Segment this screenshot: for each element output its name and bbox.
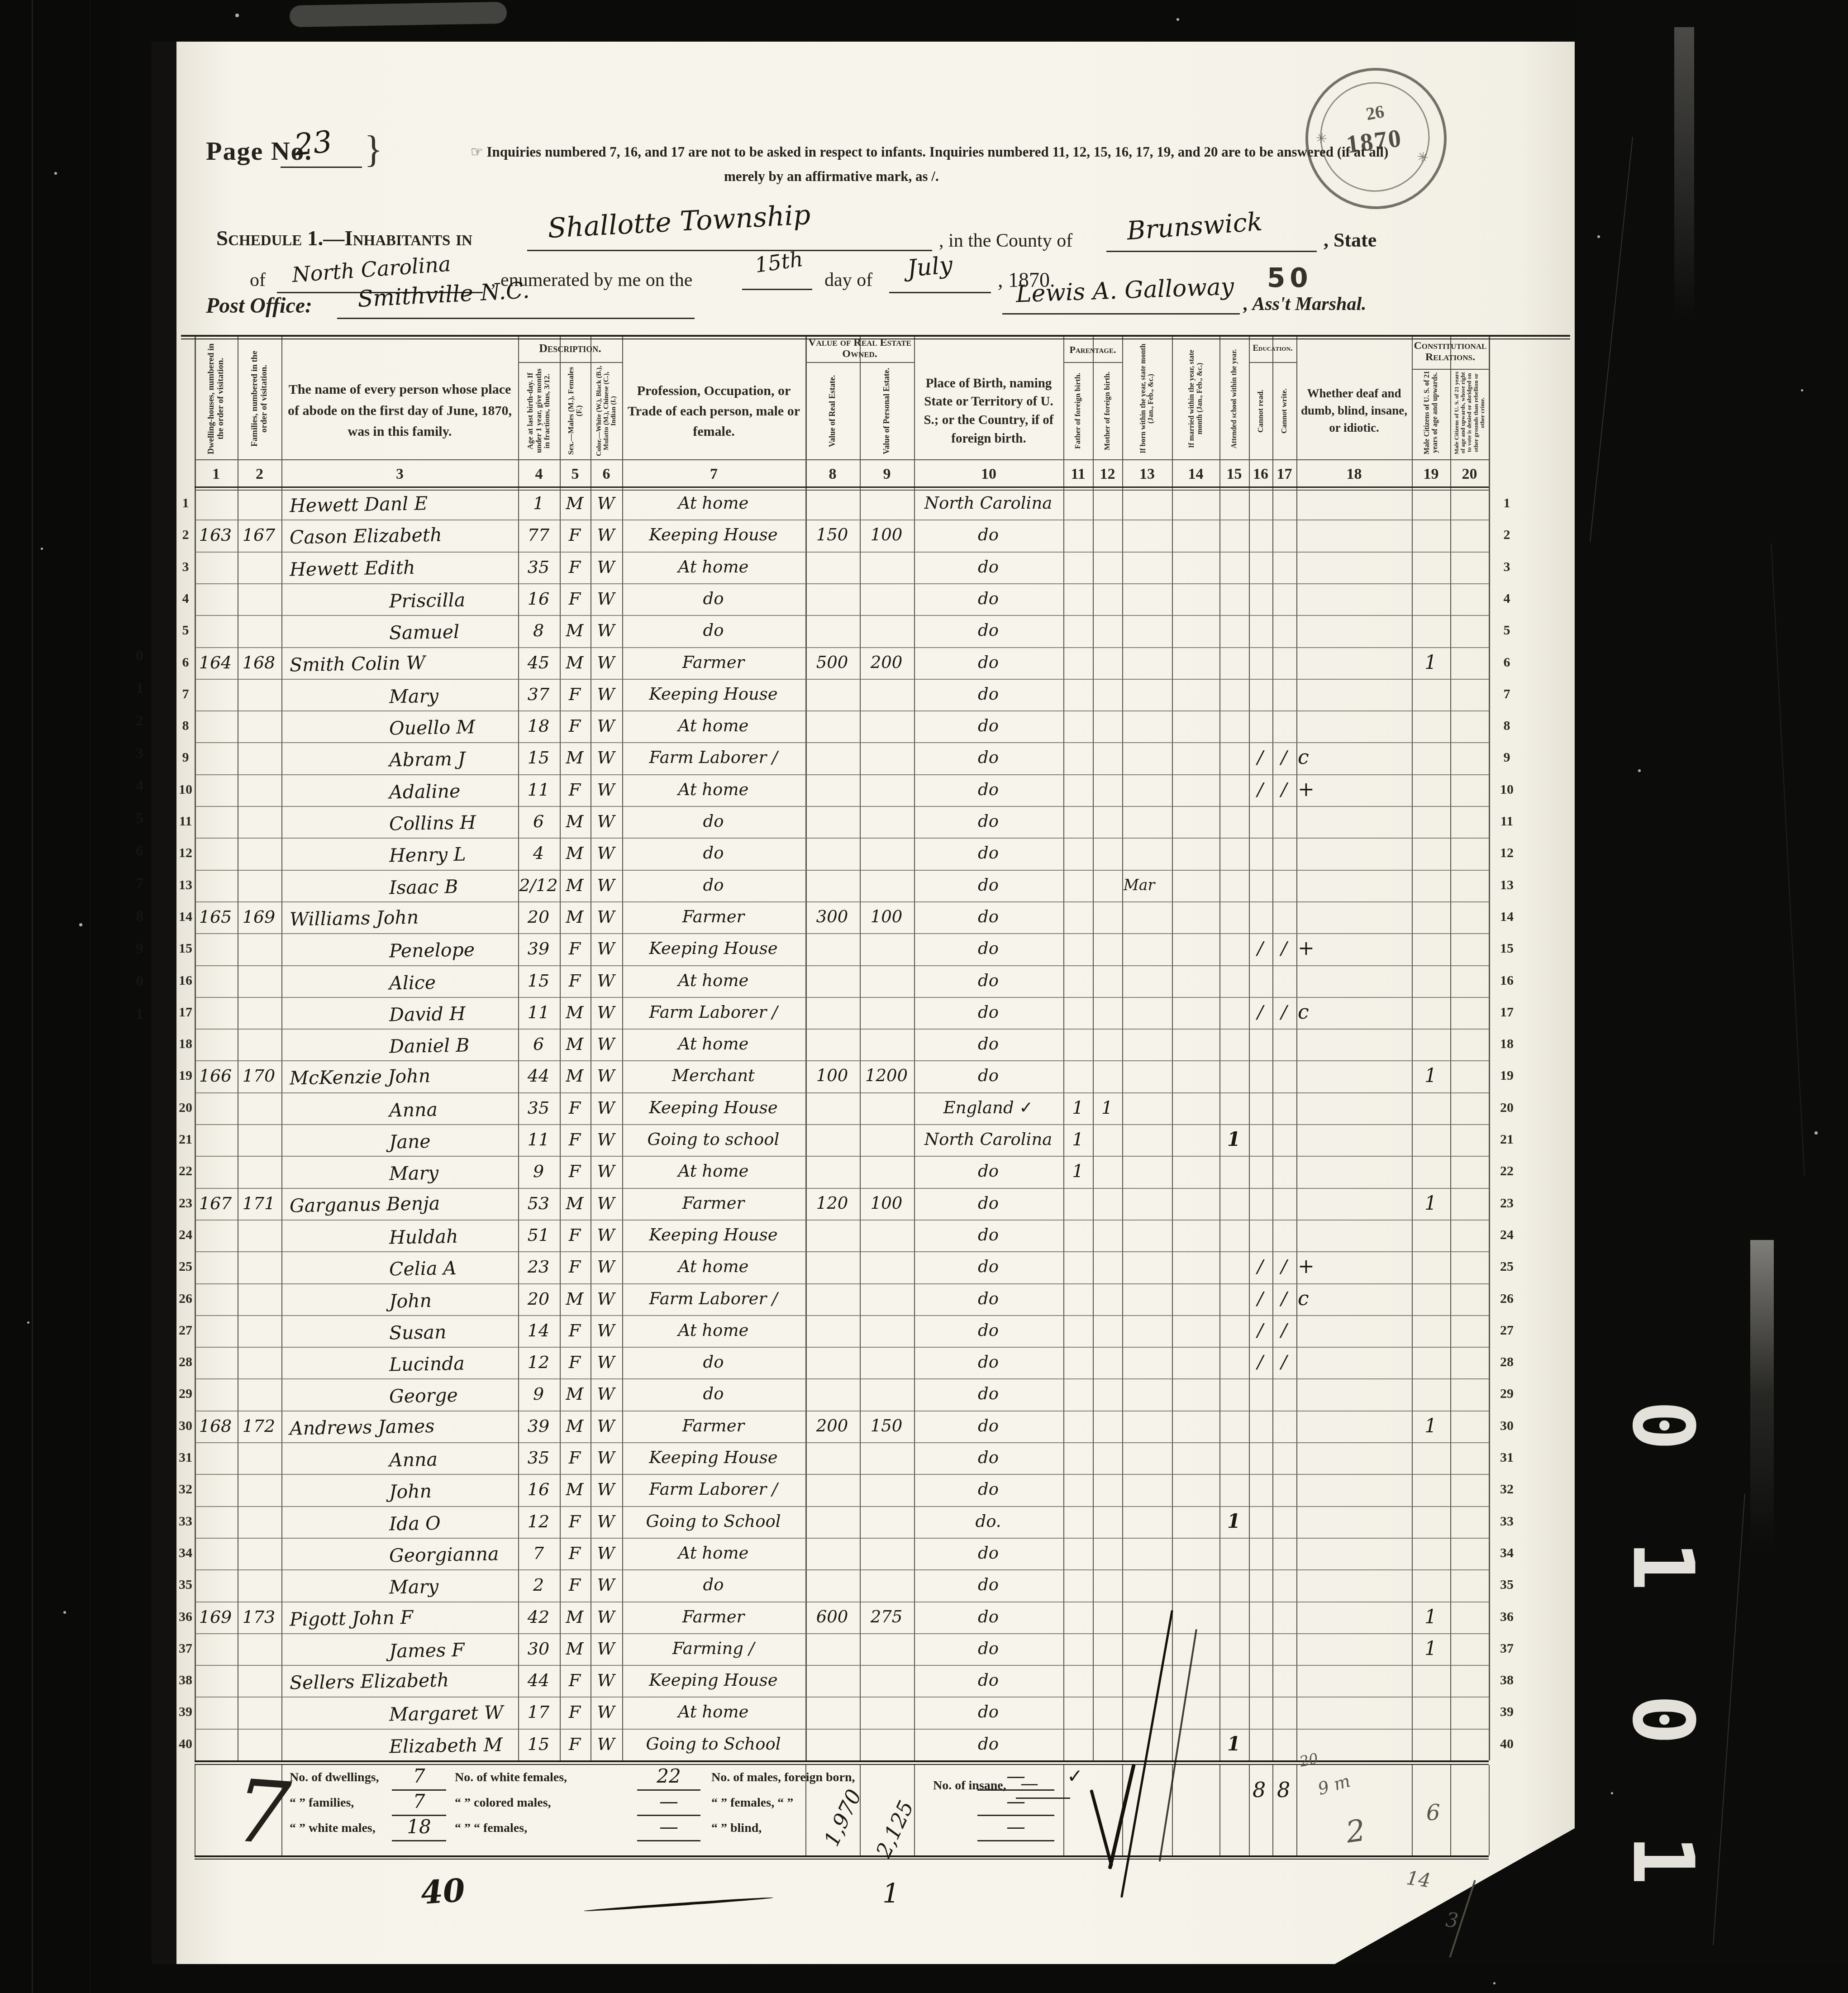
- cell-fam: [238, 807, 280, 836]
- cell-dw: [195, 1221, 236, 1249]
- footer-stat-label: No. of males, foreign born,: [711, 1770, 855, 1785]
- film-left-hairline-2: [90, 0, 90, 1993]
- row-number-right: 17: [1492, 1001, 1521, 1024]
- row-number-left: 37: [177, 1637, 194, 1660]
- cell-re: [805, 489, 859, 518]
- cell-m11: [1063, 934, 1092, 963]
- cell-bp: do: [914, 1475, 1062, 1504]
- cell-color: W: [591, 1252, 621, 1281]
- footer-stat-value: 18: [392, 1816, 446, 1838]
- cell-color: W: [591, 966, 621, 995]
- cell-sex: F: [560, 1316, 590, 1345]
- cell-re: 100: [805, 1061, 859, 1090]
- cell-m11: [1063, 680, 1092, 709]
- cell-age: 35: [518, 1443, 559, 1472]
- cell-pe: [860, 489, 913, 518]
- row-number-right: 29: [1492, 1382, 1521, 1406]
- cell-m17: [1272, 711, 1296, 740]
- cell-color: W: [591, 807, 621, 836]
- cell-m16: [1249, 1730, 1272, 1759]
- footer-stat-label: “ ” colored males,: [455, 1796, 551, 1810]
- cell-m11: [1063, 553, 1092, 582]
- row-number-right: 5: [1492, 619, 1521, 642]
- cell-pe: 100: [860, 520, 913, 549]
- cell-pe: [860, 616, 913, 645]
- cell-m12: [1093, 1284, 1121, 1313]
- cell-re: [805, 1475, 859, 1504]
- grid-hline: [1063, 362, 1122, 363]
- male-citizens-total: 6: [1426, 1800, 1440, 1826]
- film-speck: [1801, 389, 1803, 391]
- cell-re: [805, 775, 859, 804]
- cell-m13: [1124, 1189, 1171, 1218]
- cannot-write-total: 8: [1277, 1778, 1290, 1802]
- row-number-left: 3: [177, 555, 194, 579]
- cell-color: W: [591, 1030, 621, 1058]
- cell-m18: [1298, 1157, 1357, 1186]
- ghost-digit: 0: [136, 973, 149, 990]
- cell-age: 35: [518, 553, 559, 582]
- cell-m12: [1093, 1348, 1121, 1377]
- column-number-20: 20: [1450, 463, 1489, 486]
- cell-m12: [1093, 1379, 1121, 1408]
- cell-fam: [238, 1539, 280, 1568]
- row-number-right: 4: [1492, 587, 1521, 610]
- cell-m15: 1: [1219, 1507, 1248, 1536]
- film-streak-2: [1674, 27, 1694, 317]
- cell-m17: [1272, 1221, 1296, 1249]
- cell-m13: [1124, 680, 1171, 709]
- footer-stat-label: “ ” white males,: [290, 1821, 376, 1836]
- cell-occ: At home: [622, 489, 805, 518]
- cell-m11: [1063, 1379, 1092, 1408]
- row-number-left: 11: [177, 810, 194, 833]
- cell-color: W: [591, 1570, 621, 1599]
- cell-fam: [238, 1475, 280, 1504]
- table-row: 2525Celia A23FWAt homedo//+: [176, 1251, 1534, 1283]
- cannot-read-total: 8: [1253, 1778, 1266, 1802]
- cell-m11: [1063, 1539, 1092, 1568]
- cell-color: W: [591, 520, 621, 549]
- cell-dw: [195, 584, 236, 613]
- cell-pe: [860, 934, 913, 963]
- cell-m14: [1172, 1221, 1219, 1249]
- table-row: 2323Garganus Benja16717153MWFarmer120100…: [176, 1188, 1534, 1220]
- cell-m16: [1249, 489, 1272, 518]
- cell-fam: [238, 1125, 280, 1154]
- row-number-left: 36: [177, 1605, 194, 1629]
- cell-pe: 275: [860, 1602, 913, 1631]
- table-row: 3939Margaret W17FWAt homedo: [176, 1697, 1534, 1728]
- cell-pe: [860, 711, 913, 740]
- row-number-left: 12: [177, 841, 194, 865]
- cell-color: W: [591, 1602, 621, 1631]
- footer-stat-label: “ ” females, “ ”: [711, 1796, 793, 1810]
- cell-age: 12: [518, 1348, 559, 1377]
- cell-fam: 169: [238, 902, 280, 931]
- cell-m16: [1249, 1539, 1272, 1568]
- cell-m15: [1219, 1475, 1248, 1504]
- table-row: 2121Jane11FWGoing to schoolNorth Carolin…: [176, 1124, 1534, 1156]
- cell-pe: [860, 584, 913, 613]
- cell-m12: [1093, 1730, 1121, 1759]
- table-row: 1717David H11MWFarm Laborer /do//c: [176, 997, 1534, 1029]
- cell-pe: 150: [860, 1411, 913, 1440]
- cell-m14: [1172, 807, 1219, 836]
- cell-pe: [860, 775, 913, 804]
- cell-color: W: [591, 1697, 621, 1726]
- cell-bp: do: [914, 1284, 1062, 1313]
- cell-m13: [1124, 1316, 1171, 1345]
- row-number-right: 3: [1492, 555, 1521, 579]
- cell-re: [805, 680, 859, 709]
- cell-m18: [1298, 1189, 1357, 1218]
- cell-m14: [1172, 1570, 1219, 1599]
- insane-underline: [1016, 1798, 1070, 1799]
- cell-fam: [238, 839, 280, 868]
- column-number-1: 1: [195, 463, 238, 486]
- cell-age: 42: [518, 1602, 559, 1631]
- footer-stat-value: —: [977, 1790, 1054, 1812]
- cell-pe: [860, 966, 913, 995]
- row-number-left: 10: [177, 778, 194, 801]
- film-speck: [1597, 235, 1600, 238]
- cell-m18: [1298, 1379, 1357, 1408]
- cell-m14: [1172, 1443, 1219, 1472]
- cell-m17: [1272, 520, 1296, 549]
- cell-sex: F: [560, 1093, 590, 1122]
- cell-bp: do: [914, 616, 1062, 645]
- cell-m18: [1298, 1666, 1357, 1695]
- cell-color: W: [591, 1443, 621, 1472]
- cell-occ: Farmer: [622, 1189, 805, 1218]
- cell-m17: /: [1272, 1252, 1296, 1281]
- cell-age: 4: [518, 839, 559, 868]
- cell-m16: [1249, 1125, 1272, 1154]
- row-number-left: 30: [177, 1414, 194, 1438]
- cell-m13: [1124, 1284, 1171, 1313]
- table-row: 4040Elizabeth M15FWGoing to Schooldo1: [176, 1729, 1534, 1760]
- row-number-left: 13: [177, 873, 194, 897]
- cell-m14: [1172, 711, 1219, 740]
- cell-m14: [1172, 520, 1219, 549]
- table-row: 99Abram J15MWFarm Laborer /do//c: [176, 742, 1534, 774]
- cell-dw: [195, 1348, 236, 1377]
- cell-m13: [1124, 520, 1171, 549]
- cell-m15: [1219, 966, 1248, 995]
- film-frame-digit: 0: [1613, 1679, 1713, 1760]
- cell-m14: [1172, 966, 1219, 995]
- table-row: 2626John20MWFarm Laborer /do//c: [176, 1283, 1534, 1315]
- cell-m15: [1219, 711, 1248, 740]
- row-number-right: 36: [1492, 1605, 1521, 1629]
- cell-age: 2/12: [518, 871, 559, 900]
- cell-m13: [1124, 1379, 1171, 1408]
- cell-dw: 167: [195, 1189, 236, 1218]
- cell-m17: [1272, 1189, 1296, 1218]
- row-number-left: 14: [177, 905, 194, 929]
- cell-m19: [1412, 1316, 1449, 1345]
- cell-m12: [1093, 871, 1121, 900]
- cell-m15: [1219, 1284, 1248, 1313]
- cell-fam: [238, 1666, 280, 1695]
- cell-color: W: [591, 839, 621, 868]
- footer-stat-label: No. of dwellings,: [290, 1770, 379, 1785]
- cell-bp: do: [914, 1730, 1062, 1759]
- cell-m17: [1272, 902, 1296, 931]
- cell-sex: M: [560, 1475, 590, 1504]
- cell-m11: [1063, 520, 1092, 549]
- cell-occ: At home: [622, 553, 805, 582]
- cell-bp: do: [914, 966, 1062, 995]
- table-row: 2424Huldah51FWKeeping Housedo: [176, 1220, 1534, 1251]
- cell-m16: [1249, 839, 1272, 868]
- cell-m11: [1063, 616, 1092, 645]
- film-speck: [1493, 1982, 1496, 1984]
- cell-color: W: [591, 553, 621, 582]
- cell-m11: [1063, 1284, 1092, 1313]
- cell-m12: [1093, 1666, 1121, 1695]
- group-constitutional: Constitutional Relations.: [1412, 336, 1489, 367]
- cell-m12: [1093, 553, 1121, 582]
- table-row: 44Priscilla16FWdodo: [176, 583, 1534, 615]
- cell-age: 77: [518, 520, 559, 549]
- cell-re: [805, 1730, 859, 1759]
- cell-m11: [1063, 966, 1092, 995]
- cell-occ: Farm Laborer /: [622, 1475, 805, 1504]
- cell-m16: [1249, 1093, 1272, 1122]
- cell-m13: [1124, 616, 1171, 645]
- cell-age: 17: [518, 1697, 559, 1726]
- film-frame-digit: 0: [1613, 1385, 1713, 1466]
- cell-m13: [1124, 998, 1171, 1027]
- group-education: Educa­tion.: [1249, 336, 1296, 361]
- film-speck: [1611, 1792, 1613, 1794]
- cell-m14: [1172, 1379, 1219, 1408]
- cell-m15: [1219, 489, 1248, 518]
- cell-m19: [1412, 1221, 1449, 1249]
- table-row: 2222Mary9FWAt homedo1: [176, 1156, 1534, 1187]
- cell-occ: Farmer: [622, 1411, 805, 1440]
- column-number-8: 8: [805, 463, 860, 486]
- row-number-left: 22: [177, 1159, 194, 1183]
- cell-fam: [238, 1507, 280, 1536]
- cell-m19: [1412, 1507, 1449, 1536]
- row-number-right: 14: [1492, 905, 1521, 929]
- column-header-1: Dwelling-houses, numbered in the order o…: [195, 340, 237, 457]
- cell-fam: [238, 680, 280, 709]
- cell-fam: 168: [238, 648, 280, 677]
- cell-color: W: [591, 743, 621, 772]
- cell-name: Garganus Benja: [289, 1187, 525, 1220]
- cell-occ: Farm Laborer /: [622, 1284, 805, 1313]
- corner-mark-lower: 3: [1444, 1908, 1459, 1933]
- cell-age: 15: [518, 743, 559, 772]
- cell-re: [805, 934, 859, 963]
- row-number-right: 25: [1492, 1255, 1521, 1278]
- cell-color: W: [591, 711, 621, 740]
- cell-m12: [1093, 1221, 1121, 1249]
- cell-m12: [1093, 520, 1121, 549]
- cell-color: W: [591, 1348, 621, 1377]
- grid-vline: [1249, 1765, 1250, 1855]
- cell-m19: [1412, 711, 1449, 740]
- cell-m17: [1272, 1030, 1296, 1058]
- cell-m15: 1: [1219, 1125, 1248, 1154]
- cell-m16: [1249, 902, 1272, 931]
- row-number-left: 18: [177, 1032, 194, 1056]
- table-row: 2929George9MWdodo: [176, 1378, 1534, 1410]
- row-number-left: 35: [177, 1573, 194, 1597]
- ghost-digit: 0: [136, 647, 149, 664]
- cell-m15: [1219, 648, 1248, 677]
- cell-occ: At home: [622, 966, 805, 995]
- cell-dw: [195, 616, 236, 645]
- row-number-left: 40: [177, 1732, 194, 1756]
- cell-m18: [1298, 1507, 1357, 1536]
- cell-m17: [1272, 616, 1296, 645]
- cell-occ: do: [622, 871, 805, 900]
- cell-m11: [1063, 1443, 1092, 1472]
- cell-m12: [1093, 1697, 1121, 1726]
- cell-re: [805, 966, 859, 995]
- cell-pe: [860, 1221, 913, 1249]
- cell-m18: [1298, 1061, 1357, 1090]
- row-number-right: 2: [1492, 523, 1521, 547]
- row-number-left: 21: [177, 1128, 194, 1151]
- column-header-15: Attended school within the year.: [1220, 340, 1248, 457]
- row-number-left: 29: [177, 1382, 194, 1406]
- cell-sex: M: [560, 489, 590, 518]
- cell-m14: [1172, 489, 1219, 518]
- cell-m19: [1412, 1284, 1449, 1313]
- cell-color: W: [591, 1284, 621, 1313]
- cell-m12: [1093, 648, 1121, 677]
- cell-re: [805, 1030, 859, 1058]
- cell-m11: [1063, 1252, 1092, 1281]
- cell-m11: [1063, 1666, 1092, 1695]
- ghost-digit: 8: [136, 908, 149, 925]
- footer-stat-label: “ ” blind,: [711, 1821, 762, 1836]
- cell-m15: [1219, 775, 1248, 804]
- cell-sex: M: [560, 1379, 590, 1408]
- cell-m18: [1298, 871, 1357, 900]
- cell-fam: [238, 1316, 280, 1345]
- film-left-hairline: [32, 0, 33, 1993]
- cell-name: Hewett Danl E: [289, 487, 525, 520]
- cell-m17: [1272, 680, 1296, 709]
- cell-bp: do: [914, 1379, 1062, 1408]
- cell-dw: [195, 966, 236, 995]
- cell-dw: [195, 1730, 236, 1759]
- cell-bp: do: [914, 711, 1062, 740]
- cell-dw: [195, 1539, 236, 1568]
- cell-m13: [1124, 1030, 1171, 1058]
- cell-color: W: [591, 1316, 621, 1345]
- cell-m18: [1298, 1221, 1357, 1249]
- cell-m18: +: [1298, 1252, 1357, 1281]
- cell-m14: [1172, 1125, 1219, 1154]
- cell-pe: [860, 1507, 913, 1536]
- column-header-18: Whether deaf and dumb, blind, insane, or…: [1300, 375, 1408, 447]
- cell-re: [805, 711, 859, 740]
- row-number-left: 23: [177, 1192, 194, 1215]
- cell-m18: [1298, 966, 1357, 995]
- cell-m12: [1093, 616, 1121, 645]
- cell-re: [805, 1125, 859, 1154]
- row-number-right: 15: [1492, 937, 1521, 960]
- cell-m12: [1093, 1252, 1121, 1281]
- cell-occ: Keeping House: [622, 520, 805, 549]
- cell-dw: [195, 553, 236, 582]
- cell-m11: [1063, 871, 1092, 900]
- cell-color: W: [591, 998, 621, 1027]
- cell-m16: [1249, 648, 1272, 677]
- cell-m11: [1063, 743, 1092, 772]
- cell-m16: [1249, 1189, 1272, 1218]
- film-speck: [235, 14, 239, 17]
- film-frame-digit: 1: [1613, 1819, 1713, 1901]
- below-left-mark: 40: [419, 1871, 466, 1912]
- cell-m16: [1249, 1411, 1272, 1440]
- cell-pe: [860, 1730, 913, 1759]
- column-header-12: Mother of foreign birth.: [1094, 365, 1121, 457]
- cell-m12: [1093, 1539, 1121, 1568]
- cell-m12: [1093, 775, 1121, 804]
- cell-dw: [195, 807, 236, 836]
- cell-dw: [195, 839, 236, 868]
- cell-occ: Keeping House: [622, 1443, 805, 1472]
- cell-dw: [195, 711, 236, 740]
- column-number-6: 6: [591, 463, 622, 486]
- cell-m17: /: [1272, 775, 1296, 804]
- parentage-check: ✓: [1067, 1765, 1083, 1787]
- cell-m14: [1172, 616, 1219, 645]
- cell-m18: c: [1298, 998, 1357, 1027]
- cell-m15: [1219, 1189, 1248, 1218]
- cell-color: W: [591, 584, 621, 613]
- row-number-right: 37: [1492, 1637, 1521, 1660]
- cell-m11: [1063, 1061, 1092, 1090]
- cell-m19: 1: [1412, 1602, 1449, 1631]
- cell-sex: F: [560, 1507, 590, 1536]
- row-number-right: 18: [1492, 1032, 1521, 1056]
- ghost-digit: 4: [136, 777, 149, 795]
- cell-m15: [1219, 1030, 1248, 1058]
- cell-m16: [1249, 584, 1272, 613]
- cell-m12: [1093, 1189, 1121, 1218]
- cell-pe: [860, 1252, 913, 1281]
- film-speck: [54, 172, 57, 175]
- cell-age: 6: [518, 1030, 559, 1058]
- cell-m15: [1219, 1252, 1248, 1281]
- cell-m14: [1172, 1252, 1219, 1281]
- cell-m18: [1298, 584, 1357, 613]
- row-number-right: 11: [1492, 810, 1521, 833]
- cell-pe: [860, 807, 913, 836]
- cell-m17: [1272, 1634, 1296, 1663]
- cell-bp: do: [914, 1061, 1062, 1090]
- row-number-left: 7: [177, 682, 194, 706]
- cell-m18: [1298, 1348, 1357, 1377]
- row-number-left: 2: [177, 523, 194, 547]
- cell-bp: do: [914, 520, 1062, 549]
- footer-stat-underline: [977, 1840, 1054, 1841]
- cell-occ: do: [622, 807, 805, 836]
- cell-sex: F: [560, 1125, 590, 1154]
- table-row: 2020Anna35FWKeeping HouseEngland ✓11: [176, 1092, 1534, 1124]
- cell-m12: [1093, 1634, 1121, 1663]
